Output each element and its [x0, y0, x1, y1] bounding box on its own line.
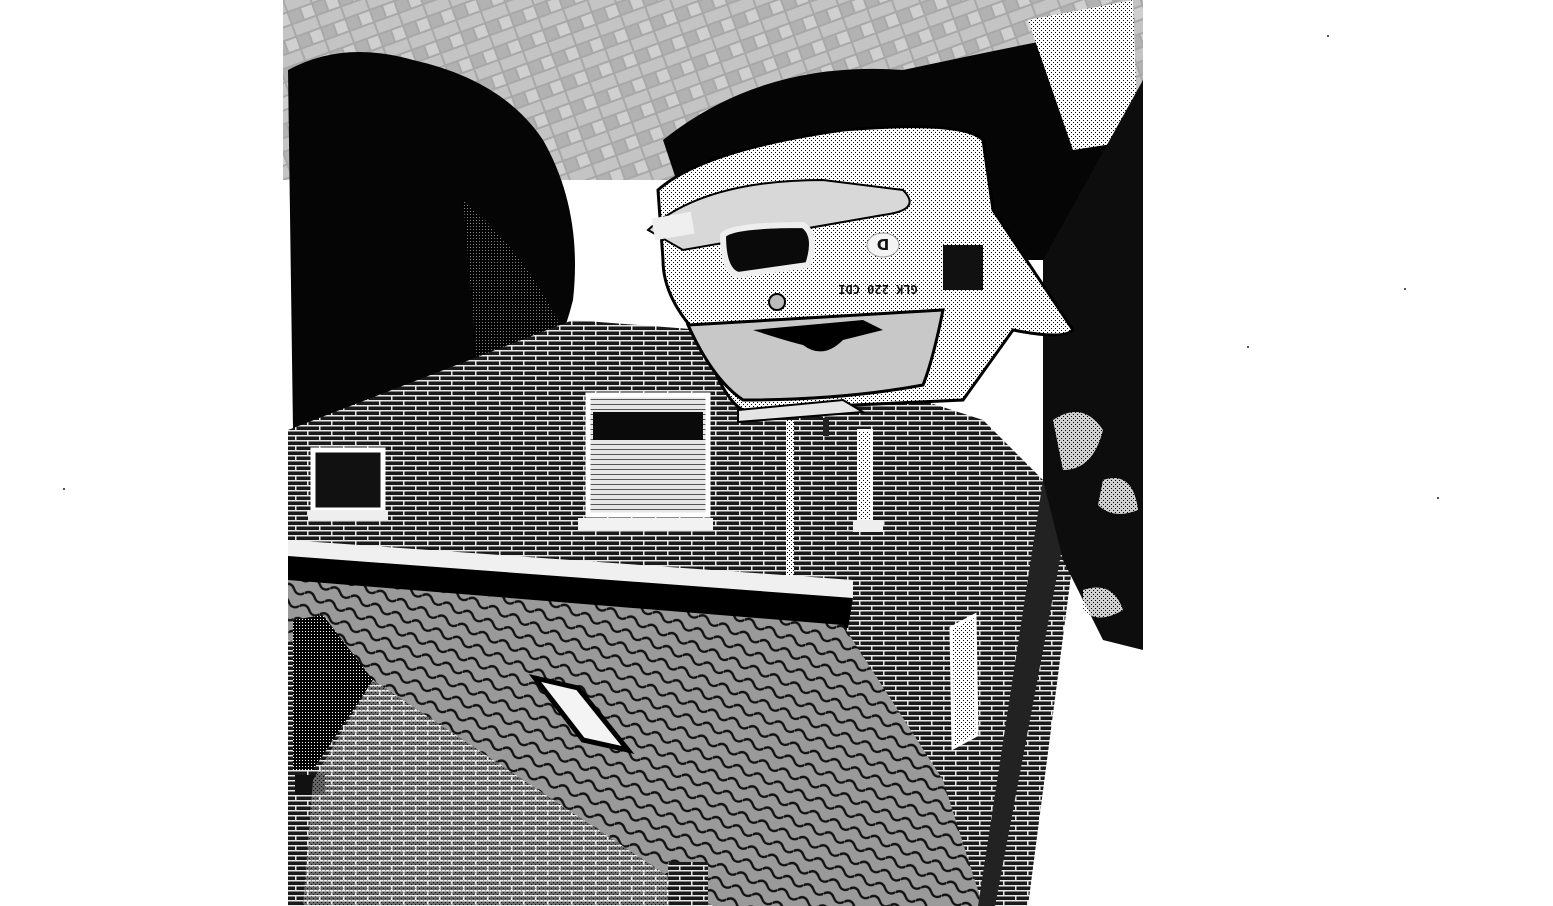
suv-taillight-right: [943, 245, 983, 290]
window-right: [858, 430, 872, 530]
speck: [1404, 288, 1406, 290]
speck: [1437, 497, 1439, 499]
speck: [1247, 346, 1249, 348]
window-center-sill: [578, 518, 713, 530]
window-left: [313, 450, 383, 510]
house-and-car-illustration: GLK 220 CDI D: [283, 0, 1143, 906]
window-left-sill: [308, 510, 388, 520]
suv-tow-mount: [823, 418, 829, 436]
speck: [63, 488, 65, 490]
photo: GLK 220 CDI D: [283, 0, 1143, 906]
speck: [1327, 35, 1329, 37]
suv-rear-window: [688, 310, 943, 400]
mercedes-star-icon: [769, 294, 785, 310]
window-right-sill: [853, 520, 883, 532]
window-center-top: [593, 412, 703, 440]
model-badge: GLK 220 CDI: [838, 282, 917, 296]
chimney: [668, 862, 708, 906]
suv-tailgate-handle: [723, 225, 812, 275]
window-gable: [951, 615, 977, 748]
country-sticker-text: D: [877, 235, 889, 253]
